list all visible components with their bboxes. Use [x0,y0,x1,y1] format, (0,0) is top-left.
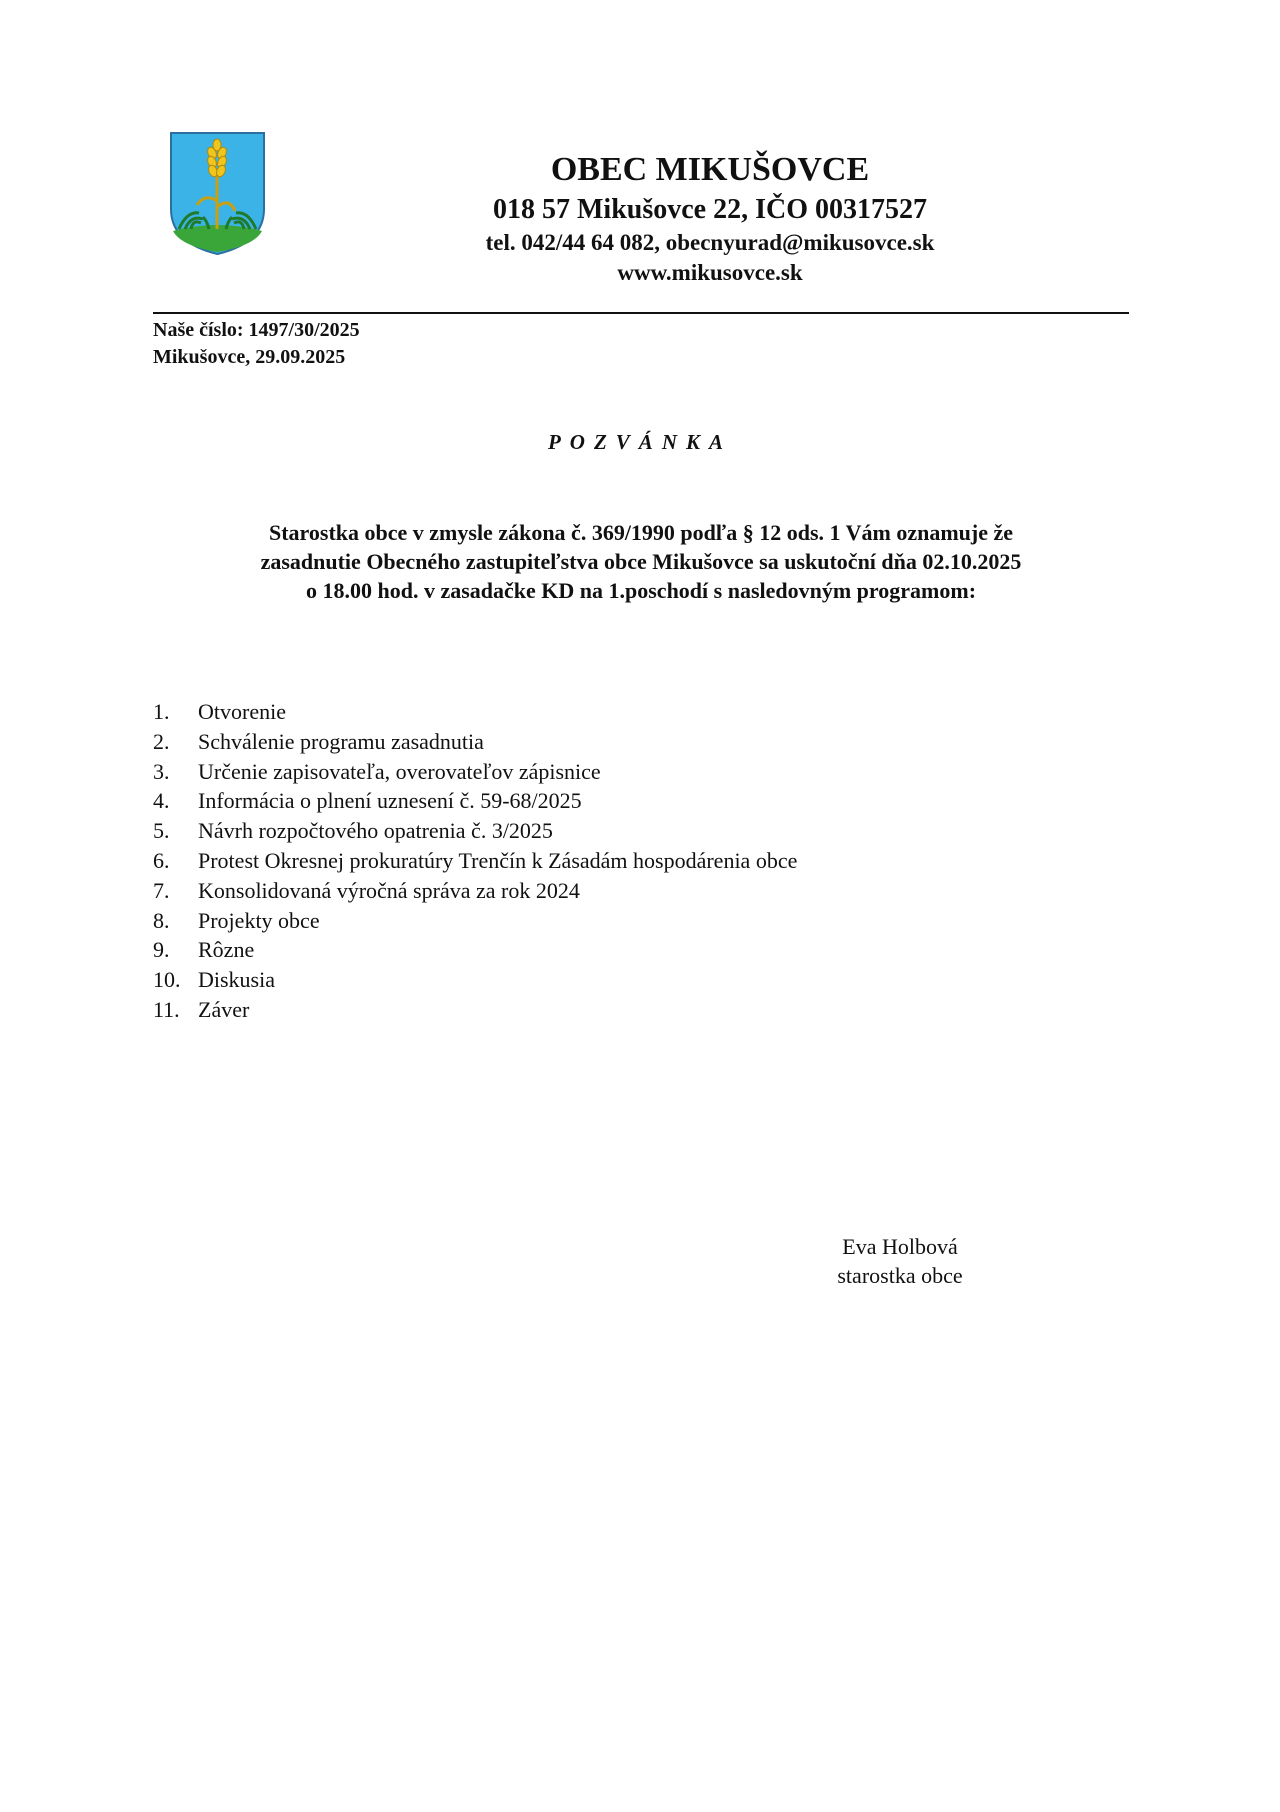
agenda-text: Konsolidovaná výročná správa za rok 2024 [198,876,580,906]
intro-line: o 18.00 hod. v zasadačke KD na 1.poschod… [153,576,1129,605]
reference-number: Naše číslo: 1497/30/2025 [153,318,360,342]
agenda-text: Záver [198,995,249,1025]
agenda-item: 3.Určenie zapisovateľa, overovateľov záp… [153,757,797,787]
intro-line: zasadnutie Obecného zastupiteľstva obce … [153,547,1129,576]
place-date: Mikušovce, 29.09.2025 [153,345,345,369]
agenda-item: 10.Diskusia [153,965,797,995]
agenda-text: Diskusia [198,965,275,995]
municipality-website: www.mikusovce.sk [440,259,980,287]
agenda-item: 6.Protest Okresnej prokuratúry Trenčín k… [153,846,797,876]
agenda-item: 1.Otvorenie [153,697,797,727]
agenda-item: 9.Rôzne [153,935,797,965]
agenda-text: Určenie zapisovateľa, overovateľov zápis… [198,757,601,787]
agenda-item: 8.Projekty obce [153,906,797,936]
signatory-role: starostka obce [800,1261,1000,1290]
agenda-text: Projekty obce [198,906,320,936]
agenda-text: Rôzne [198,935,254,965]
agenda-number: 5. [153,816,198,846]
agenda-number: 7. [153,876,198,906]
agenda-number: 3. [153,757,198,787]
agenda-text: Protest Okresnej prokuratúry Trenčín k Z… [198,846,797,876]
municipality-address: 018 57 Mikušovce 22, IČO 00317527 [440,193,980,227]
agenda-text: Informácia o plnení uznesení č. 59-68/20… [198,786,582,816]
agenda-list: 1.Otvorenie 2.Schválenie programu zasadn… [153,697,797,1025]
municipality-name: OBEC MIKUŠOVCE [440,150,980,190]
agenda-item: 11.Záver [153,995,797,1025]
agenda-number: 6. [153,846,198,876]
document-title: POZVÁNKA [440,430,840,455]
agenda-number: 8. [153,906,198,936]
agenda-item: 2.Schválenie programu zasadnutia [153,727,797,757]
intro-line: Starostka obce v zmysle zákona č. 369/19… [153,518,1129,547]
agenda-text: Otvorenie [198,697,286,727]
agenda-number: 4. [153,786,198,816]
agenda-text: Návrh rozpočtového opatrenia č. 3/2025 [198,816,553,846]
agenda-number: 1. [153,697,198,727]
agenda-number: 2. [153,727,198,757]
signature-block: Eva Holbová starostka obce [800,1232,1000,1290]
header-divider [153,312,1129,314]
agenda-item: 4.Informácia o plnení uznesení č. 59-68/… [153,786,797,816]
signatory-name: Eva Holbová [800,1232,1000,1261]
intro-paragraph: Starostka obce v zmysle zákona č. 369/19… [153,518,1129,605]
agenda-item: 5.Návrh rozpočtového opatrenia č. 3/2025 [153,816,797,846]
agenda-item: 7.Konsolidovaná výročná správa za rok 20… [153,876,797,906]
agenda-text: Schválenie programu zasadnutia [198,727,484,757]
agenda-number: 11. [153,995,198,1025]
agenda-number: 9. [153,935,198,965]
agenda-number: 10. [153,965,198,995]
municipality-contact: tel. 042/44 64 082, obecnyurad@mikusovce… [440,229,980,257]
coat-of-arms-icon [169,131,266,256]
